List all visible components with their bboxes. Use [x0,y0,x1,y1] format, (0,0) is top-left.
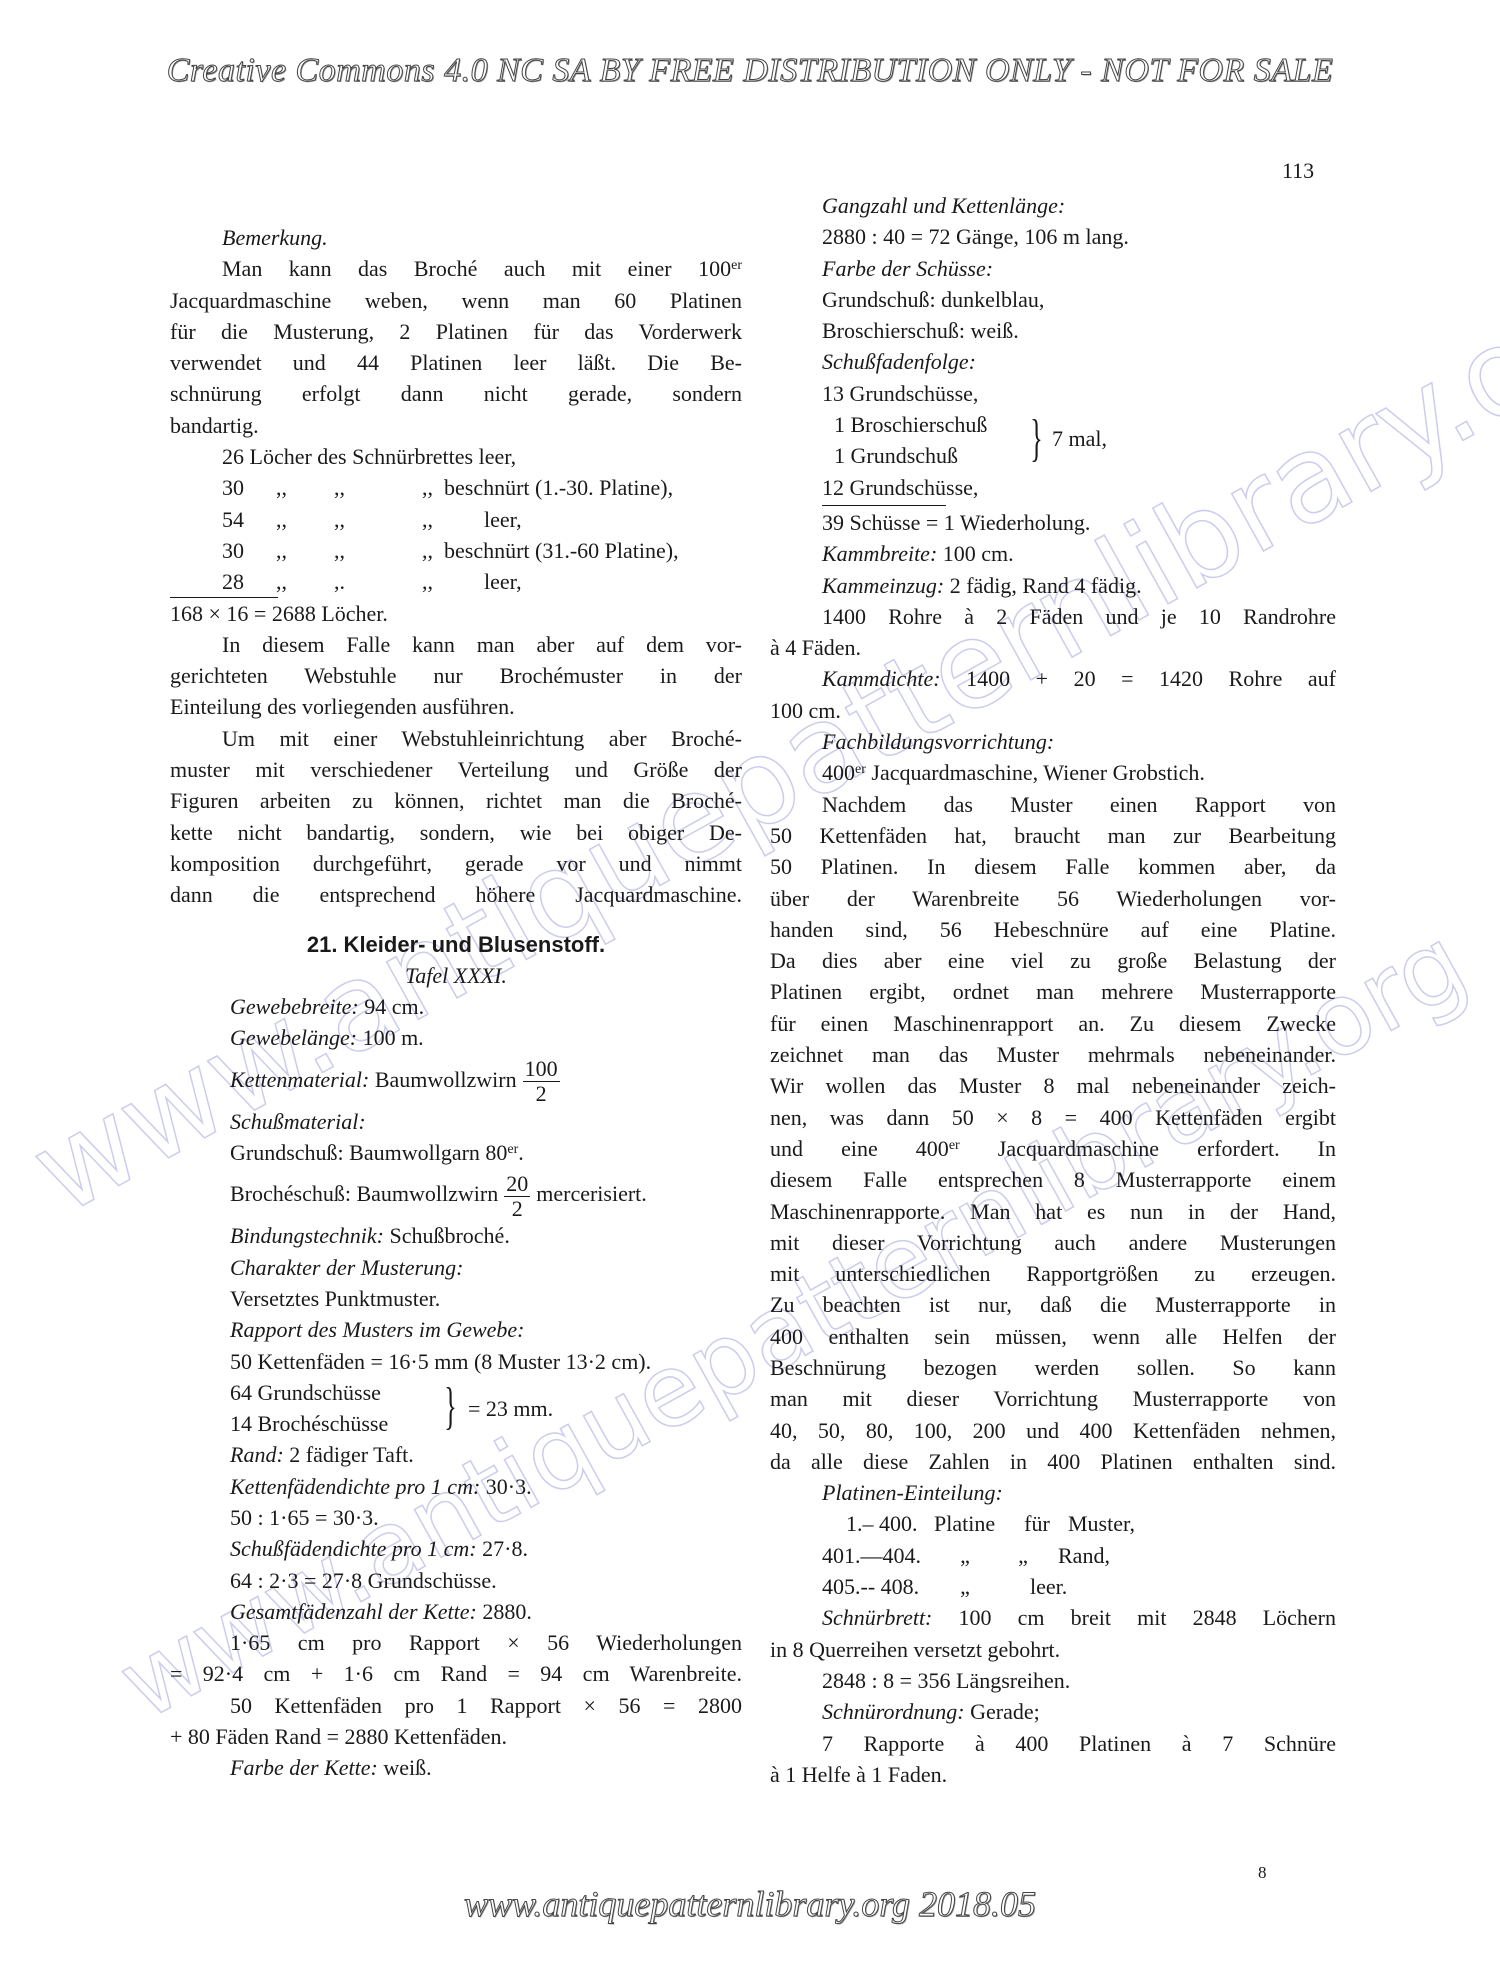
platinen-table: 1.– 400.PlatinefürMuster,401.—404.„„Rand… [770,1508,1336,1602]
paragraph-line: 400 enthalten sein müssen, wenn alle Hel… [770,1321,1336,1352]
spec-value: Brochéschuß: Baumwollzwirn202mercerisier… [230,1168,742,1220]
spec-value: 100 cm. [943,541,1014,566]
footer-banner: www.antiquepatternlibrary.org 2018.05 [0,1883,1500,1925]
paragraph-line: Zu beachten ist nur, daß die Musterrappo… [770,1289,1336,1320]
spec-label: Farbe der Kette: [230,1755,378,1780]
spec-value: Grundschuß: dunkelblau, [822,284,1336,315]
spec-label: Farbe der Schüsse: [822,253,1336,284]
spec-label: Gesamtfädenzahl der Kette: [230,1599,477,1624]
paragraph-line: Einteilung des vorliegenden ausführen. [170,691,742,722]
spec-value: 1400 Rohre à 2 Fäden und je 10 Randrohre [770,601,1336,632]
platinen-row: 405.-- 408.„leer. [770,1571,1336,1602]
spec-label: Bindungstechnik: [230,1223,384,1248]
spec-value: Grundschuß: Baumwollgarn 80er. [230,1137,742,1168]
holes-row: 26 Löcher des Schnürbrettes leer, [170,441,742,472]
spec-value: 13 Grundschüsse, [822,378,1336,409]
holes-row: 30,,,,,,beschnürt (1.-30. Platine), [170,472,742,503]
paragraph-line: 40, 50, 80, 100, 200 und 400 Kettenfäden… [770,1415,1336,1446]
spec-label: Kammeinzug: [822,573,944,598]
paragraph-line: komposition durchgeführt, gerade vor und… [170,848,742,879]
spec-label: Rand: [230,1442,284,1467]
platinen-row: 401.—404.„„Rand, [770,1540,1336,1571]
paragraph-line: Platinen ergibt, ordnet man mehrere Must… [770,976,1336,1007]
remark-title: Bemerkung. [170,222,742,253]
holes-row: 54,,,,,,leer, [170,504,742,535]
spec-value: 2880. [482,1599,532,1624]
spec-value: 12 Grundschüsse, [822,472,1336,503]
spec-value: 50 Kettenfäden = 16·5 mm (8 Muster 13·2 … [170,1346,742,1377]
spec-value: 1400 + 20 = 1420 Rohre auf [966,666,1336,691]
paragraph-line: diesem Falle entsprechen 8 Musterrapport… [770,1164,1336,1195]
spec-label: Kammdichte: [822,666,941,691]
paragraph-line: handen sind, 56 Hebeschnüre auf eine Pla… [770,914,1336,945]
platinen-row: 1.– 400.PlatinefürMuster, [770,1508,1336,1539]
spec-value: Baumwollzwirn [375,1067,517,1092]
spec-label: Kammbreite: [822,541,937,566]
spec-label: Schnürordnung: [822,1699,965,1724]
signature-mark: 8 [1258,1863,1267,1883]
spec-value: Schußbroché. [389,1223,509,1248]
spec-label: Gewebelänge: [230,1025,357,1050]
spec-label: Charakter der Musterung: [230,1252,742,1283]
calc-line: 50 Kettenfäden pro 1 Rapport × 56 = 2800 [170,1690,742,1721]
paragraph-line: muster mit verschiedener Verteilung und … [170,754,742,785]
spec-label: Schnürbrett: [822,1605,932,1630]
spec-label: Fachbildungsvorrichtung: [770,726,1336,757]
paragraph-line: 50 Kettenfäden hat, braucht man zur Bear… [770,820,1336,851]
paragraph-line: über der Warenbreite 56 Wiederholungen v… [770,883,1336,914]
spec-label: Schußmaterial: [230,1106,742,1137]
spec-label: Gewebebreite: [230,994,359,1019]
spec-value: 100 cm. [770,695,1336,726]
spec-value: 30·3. [486,1474,532,1499]
paragraph-line: Nachdem das Muster einen Rapport von [770,789,1336,820]
holes-list: 26 Löcher des Schnürbrettes leer, 30,,,,… [170,441,742,629]
spec-label: Schußfadenfolge: [822,346,1336,377]
spec-value: Broschierschuß: weiß. [822,315,1336,346]
paragraph-line: zeichnet man das Muster mehrmals nebenei… [770,1039,1336,1070]
spec-value: 2848 : 8 = 356 Längsreihen. [770,1665,1336,1696]
spec-value: Gerade; [970,1699,1040,1724]
calc-line: = 92·4 cm + 1·6 cm Rand = 94 cm Warenbre… [170,1658,742,1689]
calc-line: 1·65 cm pro Rapport × 56 Wiederholungen [170,1627,742,1658]
spec-label: Schußfädendichte pro 1 cm: [230,1536,477,1561]
paragraph-line: nen, was dann 50 × 8 = 400 Kettenfäden e… [770,1102,1336,1133]
spec-value: 64 : 2·3 = 27·8 Grundschüsse. [230,1565,742,1596]
spec-label: Rapport des Musters im Gewebe: [230,1314,742,1345]
paragraph-line: mit dieser Vorrichtung auch andere Muste… [770,1227,1336,1258]
spec-value: 2880 : 40 = 72 Gänge, 106 m lang. [822,221,1336,252]
spec-value: 100 cm breit mit 2848 Löchern [959,1605,1336,1630]
spec-label: Kettenmaterial: [230,1067,369,1092]
paragraph-line: für einen Maschinenrapport an. Zu diesem… [770,1008,1336,1039]
spec-value: Versetztes Punktmuster. [230,1283,742,1314]
brace-group: 64 Grundschüsse 14 Brochéschüsse } = 23 … [230,1377,742,1440]
spec-label: Platinen-Einteilung: [770,1477,1336,1508]
paragraph-line: da alle diese Zahlen in 400 Platinen ent… [770,1446,1336,1477]
paragraph-line: Maschinenrapporte. Man hat es nun in der… [770,1196,1336,1227]
calc-line: + 80 Fäden Rand = 2880 Kettenfäden. [170,1721,742,1752]
spec-value: 50 : 1·65 = 30·3. [230,1502,742,1533]
spec-total: 39 Schüsse = 1 Wiederholung. [822,507,1336,538]
left-column: Bemerkung. Man kann das Broché auch mit … [170,222,742,1784]
paragraph-line: und eine 400er Jacquardmaschine erforder… [770,1133,1336,1164]
section-subtitle: Tafel XXXI. [170,960,742,991]
paragraph-line: Beschnürung bezogen werden sollen. So ka… [770,1352,1336,1383]
spec-label: Gangzahl und Kettenlänge: [822,190,1336,221]
remark-line: schnürung erfolgt dann nicht gerade, son… [170,378,742,409]
holes-row: 28,,,.,,leer, [170,566,742,597]
spec-value: 2 fädig, Rand 4 fädig. [950,573,1142,598]
brace-group: 1 Broschierschuß 1 Grundschuß } 7 mal, [822,409,1336,472]
spec-value: à 1 Helfe à 1 Faden. [770,1759,1336,1790]
paragraph-line: In diesem Falle kann man aber auf dem vo… [170,629,742,660]
remark-line: Jacquardmaschine weben, wenn man 60 Plat… [170,285,742,316]
spec-value: 94 cm. [364,994,424,1019]
paragraph-line: 50 Platinen. In diesem Falle kommen aber… [770,851,1336,882]
brace-icon: } [444,1381,456,1433]
right-column: Gangzahl und Kettenlänge: 2880 : 40 = 72… [770,190,1336,1790]
remark-line: bandartig. [170,410,742,441]
paragraph-line: dann die entsprechend höhere Jacquardmas… [170,879,742,910]
spec-label: Kettenfädendichte pro 1 cm: [230,1474,480,1499]
section-heading: 21. Kleider- und Blusenstoff. [170,929,742,960]
page-number: 113 [1282,158,1314,184]
remark-line: verwendet und 44 Platinen leer läßt. Die… [170,347,742,378]
paragraph-line: Da dies aber eine viel zu große Belastun… [770,945,1336,976]
brace-icon: } [1030,413,1042,465]
spec-value: 100 m. [363,1025,424,1050]
paragraph-line: mit unterschiedlichen Rapportgrößen zu e… [770,1258,1336,1289]
spec-value: 27·8. [482,1536,528,1561]
holes-row: 30,,,,,,beschnürt (31.-60 Platine), [170,535,742,566]
spec-value: in 8 Querreihen versetzt gebohrt. [770,1634,1336,1665]
spec-value: 7 Rapporte à 400 Platinen à 7 Schnüre [770,1728,1336,1759]
paragraph-line: gerichteten Webstuhle nur Brochémuster i… [170,660,742,691]
fraction: 1002 [523,1057,560,1106]
paragraph-line: man mit dieser Vorrichtung Musterrapport… [770,1383,1336,1414]
holes-total: 168 × 16 = 2688 Löcher. [170,598,742,629]
spec-value: 400er Jacquardmaschine, Wiener Grobstich… [770,757,1336,788]
remark-line: Man kann das Broché auch mit einer 100er [170,253,742,284]
remark-line: für die Musterung, 2 Platinen für das Vo… [170,316,742,347]
spec-value: 2 fädiger Taft. [289,1442,414,1467]
license-banner: Creative Commons 4.0 NC SA BY FREE DISTR… [0,52,1500,90]
spec-value: à 4 Fäden. [770,632,1336,663]
paragraph-line: Figuren arbeiten zu können, richtet man … [170,785,742,816]
paragraph-line: Um mit einer Webstuhleinrichtung aber Br… [170,723,742,754]
paragraph-line: Wir wollen das Muster 8 mal nebeneinande… [770,1070,1336,1101]
paragraph-line: kette nicht bandartig, sondern, wie bei … [170,817,742,848]
spec-value: weiß. [383,1755,431,1780]
spec-list: Gewebebreite: 94 cm. Gewebelänge: 100 m.… [170,991,742,1627]
